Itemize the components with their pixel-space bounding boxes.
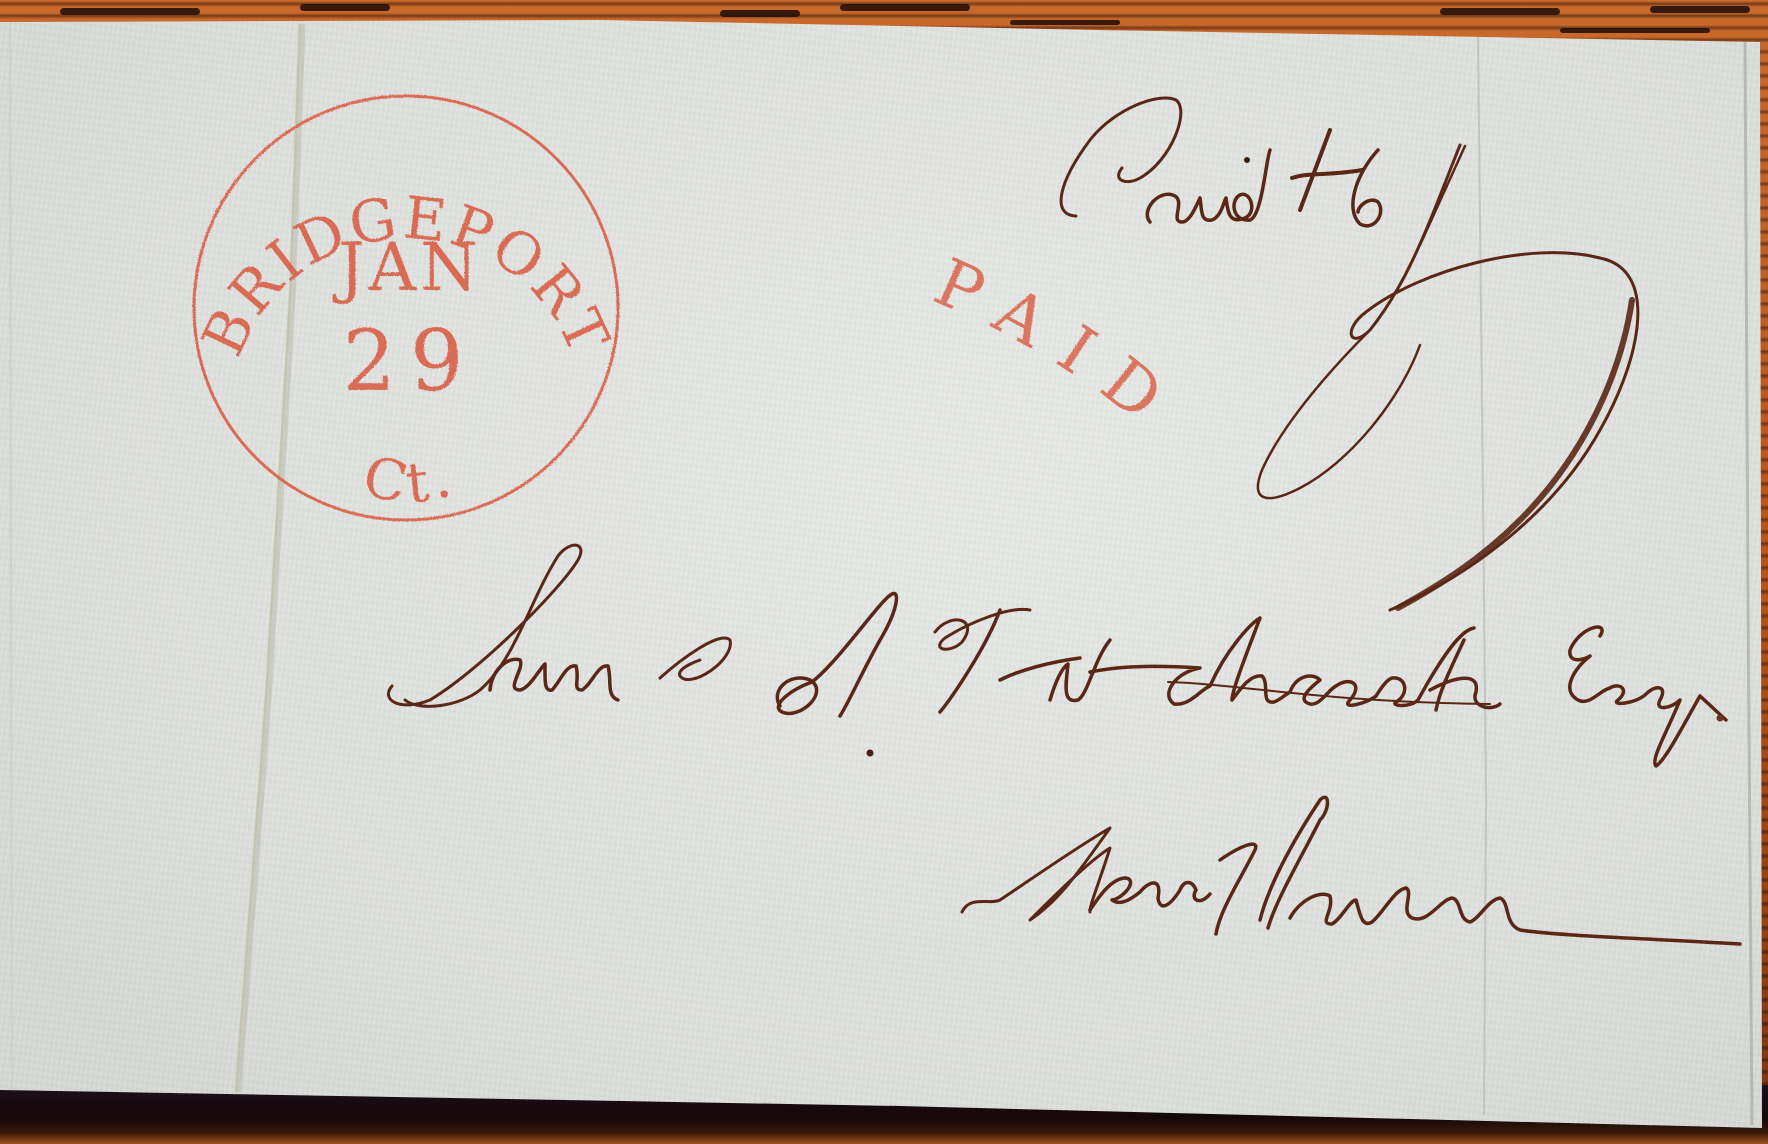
manuscript-addressee xyxy=(388,545,1726,766)
postmark-day: 29 xyxy=(343,312,478,410)
wood-grain xyxy=(300,4,390,11)
wood-grain xyxy=(60,8,200,15)
wood-grain xyxy=(1650,6,1750,13)
postmark-month: JAN xyxy=(332,229,482,306)
manuscript-rate-note xyxy=(1061,98,1465,245)
wood-grain xyxy=(1010,20,1120,25)
wood-grain xyxy=(720,10,800,17)
wood-grain xyxy=(1560,28,1710,33)
paid-handstamp: PAID xyxy=(924,244,1197,452)
fold-creases xyxy=(10,22,1752,1125)
wood-grain xyxy=(1440,8,1560,15)
svg-text:PAID: PAID xyxy=(924,244,1197,452)
manuscript-rate-numeral xyxy=(1258,145,1638,610)
bridgeport-postmark: BRIDGEPORT JAN 29 Ct. xyxy=(188,96,623,520)
letter-cover: BRIDGEPORT JAN 29 Ct. PAID xyxy=(0,0,1768,1144)
manuscript-city xyxy=(962,797,1740,944)
postmark-state: Ct. xyxy=(357,444,464,518)
cover-markings: BRIDGEPORT JAN 29 Ct. PAID xyxy=(0,0,1768,1144)
wood-grain xyxy=(840,4,970,11)
